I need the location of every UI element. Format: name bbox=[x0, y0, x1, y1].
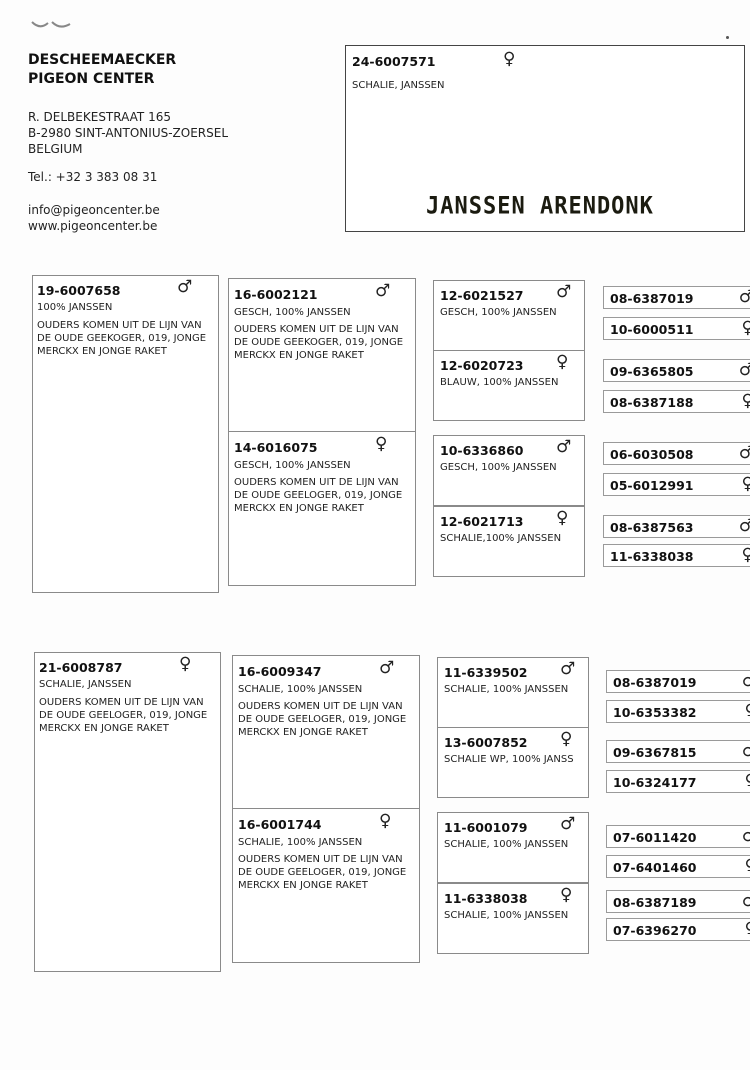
company-name: DESCHEEMAECKER PIGEON CENTER bbox=[28, 51, 176, 89]
great-great-grandparent-ring: 07-6011420 bbox=[613, 830, 696, 845]
grandparent-notes: OUDERS KOMEN UIT DE LIJN VAN DE OUDE GEE… bbox=[238, 853, 414, 892]
company-contact: info@pigeoncenter.be www.pigeoncenter.be bbox=[28, 202, 160, 234]
male-icon: ♂ bbox=[560, 661, 575, 678]
great-great-grandparent-card: 08-6387563♂ bbox=[603, 515, 750, 538]
parent-description: 100% JANSSEN bbox=[37, 302, 112, 313]
great-grandparent-description: SCHALIE, 100% JANSSEN bbox=[444, 910, 568, 921]
grandparent-ring: 14-6016075 bbox=[234, 440, 317, 455]
great-grandparent-card: 10-6336860♂GESCH, 100% JANSSEN bbox=[433, 435, 585, 506]
great-great-grandparent-card: 08-6387019♂ bbox=[603, 286, 750, 309]
handwritten-note: JANSSEN ARENDONK bbox=[426, 193, 654, 221]
company-address: R. DELBEKESTRAAT 165 B-2980 SINT-ANTONIU… bbox=[28, 109, 228, 157]
scan-speck bbox=[726, 36, 729, 39]
female-icon: ♀ bbox=[556, 354, 568, 371]
logo-swoosh-icon bbox=[30, 18, 72, 32]
grandparent-ring: 16-6001744 bbox=[238, 817, 321, 832]
parent-notes: OUDERS KOMEN UIT DE LIJN VAN DE OUDE GEE… bbox=[37, 319, 213, 358]
male-icon: ♂ bbox=[560, 816, 575, 833]
grandparent-card: 16-6009347♂SCHALIE, 100% JANSSENOUDERS K… bbox=[232, 655, 420, 809]
great-great-grandparent-ring: 11-6338038 bbox=[610, 549, 693, 564]
grandparent-notes: OUDERS KOMEN UIT DE LIJN VAN DE OUDE GEE… bbox=[238, 700, 414, 739]
great-grandparent-ring: 12-6021713 bbox=[440, 514, 523, 529]
male-icon: ♂ bbox=[742, 673, 750, 690]
parent-card: 21-6008787♀SCHALIE, JANSSENOUDERS KOMEN … bbox=[34, 652, 221, 972]
great-grandparent-description: BLAUW, 100% JANSSEN bbox=[440, 377, 558, 388]
great-grandparent-ring: 11-6339502 bbox=[444, 665, 527, 680]
grandparent-ring: 16-6002121 bbox=[234, 287, 317, 302]
great-great-grandparent-card: 07-6401460♀ bbox=[606, 855, 750, 878]
great-grandparent-card: 12-6020723♀BLAUW, 100% JANSSEN bbox=[433, 350, 585, 421]
company-website[interactable]: www.pigeoncenter.be bbox=[28, 218, 160, 234]
female-icon: ♀ bbox=[745, 858, 750, 875]
great-great-grandparent-ring: 08-6387563 bbox=[610, 520, 693, 535]
female-icon: ♀ bbox=[375, 436, 387, 453]
company-name-line1: DESCHEEMAECKER bbox=[28, 51, 176, 70]
grandparent-card: 16-6002121♂GESCH, 100% JANSSENOUDERS KOM… bbox=[228, 278, 416, 432]
male-icon: ♂ bbox=[739, 445, 750, 462]
company-telephone: Tel.: +32 3 383 08 31 bbox=[28, 170, 157, 184]
great-great-grandparent-card: 07-6396270♀ bbox=[606, 918, 750, 941]
male-icon: ♂ bbox=[742, 828, 750, 845]
parent-card: 19-6007658♂100% JANSSENOUDERS KOMEN UIT … bbox=[32, 275, 219, 593]
great-great-grandparent-ring: 10-6353382 bbox=[613, 705, 696, 720]
female-icon: ♀ bbox=[560, 887, 572, 904]
great-great-grandparent-card: 09-6367815♂ bbox=[606, 740, 750, 763]
parent-ring: 21-6008787 bbox=[39, 660, 122, 675]
great-great-grandparent-ring: 08-6387189 bbox=[613, 895, 696, 910]
male-icon: ♂ bbox=[742, 893, 750, 910]
grandparent-description: GESCH, 100% JANSSEN bbox=[234, 460, 351, 471]
great-grandparent-description: SCHALIE,100% JANSSEN bbox=[440, 533, 561, 544]
grandparent-notes: OUDERS KOMEN UIT DE LIJN VAN DE OUDE GEE… bbox=[234, 323, 410, 362]
great-great-grandparent-ring: 08-6387019 bbox=[613, 675, 696, 690]
male-icon: ♂ bbox=[739, 362, 750, 379]
great-grandparent-description: GESCH, 100% JANSSEN bbox=[440, 307, 557, 318]
great-grandparent-ring: 13-6007852 bbox=[444, 735, 527, 750]
main-pigeon-description: SCHALIE, JANSSEN bbox=[352, 80, 444, 91]
great-great-grandparent-card: 10-6353382♀ bbox=[606, 700, 750, 723]
male-icon: ♂ bbox=[177, 279, 192, 296]
great-great-grandparent-ring: 07-6396270 bbox=[613, 923, 696, 938]
female-icon: ♀ bbox=[742, 320, 750, 337]
great-great-grandparent-card: 10-6000511♀ bbox=[603, 317, 750, 340]
female-icon: ♀ bbox=[560, 731, 572, 748]
female-icon: ♀ bbox=[745, 773, 750, 790]
female-icon: ♀ bbox=[556, 510, 568, 527]
great-great-grandparent-card: 08-6387019♂ bbox=[606, 670, 750, 693]
female-icon: ♀ bbox=[742, 547, 750, 564]
great-great-grandparent-ring: 08-6387188 bbox=[610, 395, 693, 410]
male-icon: ♂ bbox=[556, 284, 571, 301]
male-icon: ♂ bbox=[556, 439, 571, 456]
male-icon: ♂ bbox=[379, 660, 394, 677]
great-grandparent-description: SCHALIE, 100% JANSSEN bbox=[444, 684, 568, 695]
main-pigeon-ring: 24-6007571 bbox=[352, 54, 435, 69]
great-great-grandparent-card: 07-6011420♂ bbox=[606, 825, 750, 848]
address-country: BELGIUM bbox=[28, 141, 228, 157]
grandparent-card: 14-6016075♀GESCH, 100% JANSSENOUDERS KOM… bbox=[228, 431, 416, 586]
address-street: R. DELBEKESTRAAT 165 bbox=[28, 109, 228, 125]
male-icon: ♂ bbox=[739, 518, 750, 535]
great-grandparent-card: 13-6007852♀SCHALIE WP, 100% JANSS bbox=[437, 727, 589, 798]
great-grandparent-card: 11-6001079♂SCHALIE, 100% JANSSEN bbox=[437, 812, 589, 883]
great-grandparent-ring: 12-6020723 bbox=[440, 358, 523, 373]
parent-description: SCHALIE, JANSSEN bbox=[39, 679, 131, 690]
great-great-grandparent-ring: 09-6365805 bbox=[610, 364, 693, 379]
grandparent-description: GESCH, 100% JANSSEN bbox=[234, 307, 351, 318]
male-icon: ♂ bbox=[742, 743, 750, 760]
grandparent-description: SCHALIE, 100% JANSSEN bbox=[238, 684, 362, 695]
great-grandparent-card: 11-6339502♂SCHALIE, 100% JANSSEN bbox=[437, 657, 589, 728]
parent-notes: OUDERS KOMEN UIT DE LIJN VAN DE OUDE GEE… bbox=[39, 696, 215, 735]
grandparent-ring: 16-6009347 bbox=[238, 664, 321, 679]
female-icon: ♀ bbox=[745, 921, 750, 938]
male-icon: ♂ bbox=[375, 283, 390, 300]
great-great-grandparent-ring: 09-6367815 bbox=[613, 745, 696, 760]
great-grandparent-ring: 11-6338038 bbox=[444, 891, 527, 906]
great-grandparent-ring: 11-6001079 bbox=[444, 820, 527, 835]
great-great-grandparent-card: 06-6030508♂ bbox=[603, 442, 750, 465]
company-name-line2: PIGEON CENTER bbox=[28, 70, 176, 89]
great-grandparent-card: 11-6338038♀SCHALIE, 100% JANSSEN bbox=[437, 883, 589, 954]
great-great-grandparent-card: 08-6387188♀ bbox=[603, 390, 750, 413]
company-email[interactable]: info@pigeoncenter.be bbox=[28, 202, 160, 218]
great-grandparent-ring: 12-6021527 bbox=[440, 288, 523, 303]
great-great-grandparent-ring: 06-6030508 bbox=[610, 447, 693, 462]
great-great-grandparent-ring: 10-6324177 bbox=[613, 775, 696, 790]
great-great-grandparent-card: 05-6012991♀ bbox=[603, 473, 750, 496]
male-icon: ♂ bbox=[739, 289, 750, 306]
female-icon: ♀ bbox=[179, 656, 191, 673]
grandparent-description: SCHALIE, 100% JANSSEN bbox=[238, 837, 362, 848]
address-city: B-2980 SINT-ANTONIUS-ZOERSEL bbox=[28, 125, 228, 141]
great-grandparent-card: 12-6021713♀SCHALIE,100% JANSSEN bbox=[433, 506, 585, 577]
great-great-grandparent-card: 10-6324177♀ bbox=[606, 770, 750, 793]
female-icon: ♀ bbox=[742, 476, 750, 493]
great-great-grandparent-ring: 05-6012991 bbox=[610, 478, 693, 493]
grandparent-notes: OUDERS KOMEN UIT DE LIJN VAN DE OUDE GEE… bbox=[234, 476, 410, 515]
great-grandparent-ring: 10-6336860 bbox=[440, 443, 523, 458]
great-great-grandparent-card: 09-6365805♂ bbox=[603, 359, 750, 382]
great-grandparent-description: SCHALIE, 100% JANSSEN bbox=[444, 839, 568, 850]
great-great-grandparent-ring: 10-6000511 bbox=[610, 322, 693, 337]
female-icon: ♀ bbox=[745, 703, 750, 720]
great-great-grandparent-card: 08-6387189♂ bbox=[606, 890, 750, 913]
great-grandparent-description: GESCH, 100% JANSSEN bbox=[440, 462, 557, 473]
female-icon: ♀ bbox=[742, 393, 750, 410]
great-grandparent-card: 12-6021527♂GESCH, 100% JANSSEN bbox=[433, 280, 585, 351]
main-pigeon-card: 24-6007571 ♀ SCHALIE, JANSSEN JANSSEN AR… bbox=[345, 45, 745, 232]
great-great-grandparent-ring: 08-6387019 bbox=[610, 291, 693, 306]
female-icon: ♀ bbox=[503, 51, 515, 68]
female-icon: ♀ bbox=[379, 813, 391, 830]
grandparent-card: 16-6001744♀SCHALIE, 100% JANSSENOUDERS K… bbox=[232, 808, 420, 963]
great-grandparent-description: SCHALIE WP, 100% JANSS bbox=[444, 754, 574, 765]
great-great-grandparent-card: 11-6338038♀ bbox=[603, 544, 750, 567]
great-great-grandparent-ring: 07-6401460 bbox=[613, 860, 696, 875]
parent-ring: 19-6007658 bbox=[37, 283, 120, 298]
